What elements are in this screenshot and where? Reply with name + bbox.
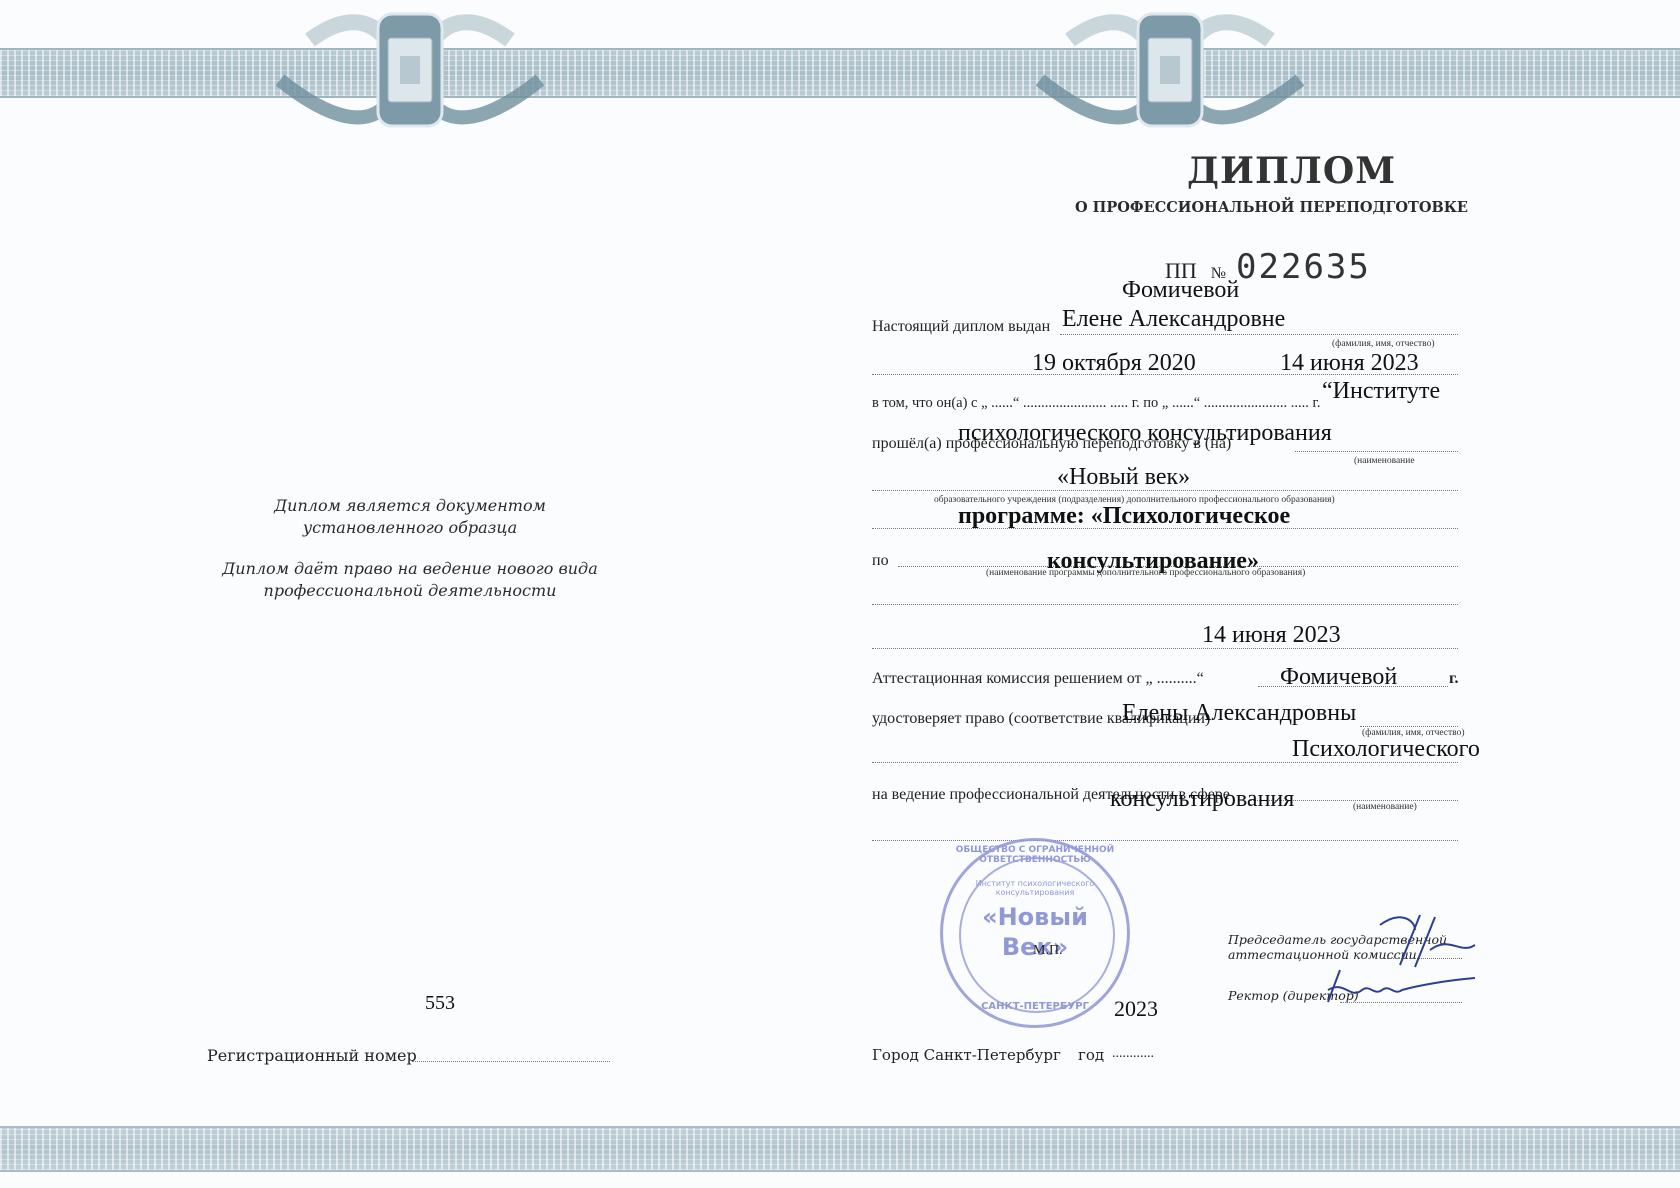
registration-number-label: Регистрационный номер <box>207 1046 417 1065</box>
sphere-caption: (наименование) <box>1353 802 1417 812</box>
city-label: Город Санкт-Петербург <box>872 1046 1061 1064</box>
bottom-ornamental-band <box>840 1126 1680 1172</box>
seal-inner-text: Институт психологического консультирован… <box>943 879 1127 897</box>
rights-note: Диплом даёт право на ведение нового вида… <box>190 558 630 602</box>
sphere-line-2: консультирования <box>1110 786 1294 813</box>
fill-line <box>1360 726 1458 727</box>
year-suffix: г. <box>1449 670 1458 688</box>
seal-place-label: М.П. <box>1033 943 1063 959</box>
fill-line <box>1295 451 1458 452</box>
seal-bottom-text: САНКТ-ПЕТЕРБУРГ <box>943 1001 1127 1012</box>
institution-seal: ОБЩЕСТВО С ОГРАНИЧЕННОЙ ОТВЕТСТВЕННОСТЬЮ… <box>940 838 1130 1028</box>
fill-line <box>872 604 1458 605</box>
institution-line-1: “Институте <box>1322 378 1440 405</box>
fio-caption: (фамилия, имя, отчество) <box>1332 339 1435 349</box>
year-label: год <box>1078 1046 1104 1064</box>
diploma-title: ДИПЛОМ <box>1187 150 1396 192</box>
document-status-note: Диплом является документом установленног… <box>190 495 630 539</box>
issued-label: Настоящий диплом выдан <box>872 318 1050 336</box>
program-line-1: программе: «Психологическое <box>958 503 1290 530</box>
holder-name: Елены Александровны <box>1122 700 1356 727</box>
holder-surname: Фомичевой <box>1280 664 1397 691</box>
note-line: профессиональной деятельности <box>190 580 630 602</box>
diploma-right-page: ДИПЛОМ О ПРОФЕССИОНАЛЬНОЙ ПЕРЕПОДГОТОВКЕ… <box>840 0 1680 1188</box>
diploma-left-page: Диплом является документом установленног… <box>0 0 840 1188</box>
training-start-date: 19 октября 2020 <box>1032 350 1196 377</box>
institution-line-3: «Новый век» <box>1057 464 1190 491</box>
bottom-ornamental-band <box>0 1126 840 1172</box>
fill-line <box>872 648 1458 649</box>
year-dots: ............ <box>1112 1046 1154 1062</box>
ribbon-ornament-icon <box>1030 10 1310 130</box>
rector-signature-icon <box>1310 960 1480 1010</box>
ribbon-ornament-icon <box>270 10 550 130</box>
institution-caption-1: (наименование <box>1354 456 1415 466</box>
sphere-line-1: Психологического <box>1292 736 1480 763</box>
period-line: в том, что он(а) с „ ......“ ...........… <box>872 395 1321 412</box>
fill-line <box>872 840 1458 841</box>
commission-decision-date: 14 июня 2023 <box>1202 622 1341 649</box>
note-line: установленного образца <box>190 517 630 539</box>
diploma-subtitle: О ПРОФЕССИОНАЛЬНОЙ ПЕРЕПОДГОТОВКЕ <box>1075 199 1468 216</box>
note-line: Диплом даёт право на ведение нового вида <box>190 558 630 580</box>
registration-number-value: 553 <box>425 992 455 1015</box>
registration-number-line <box>412 1061 610 1062</box>
commission-label: Аттестационная комиссия решением от „ ..… <box>872 670 1204 688</box>
fill-line <box>1060 334 1458 335</box>
recipient-name: Елене Александровне <box>1062 306 1285 333</box>
recipient-surname: Фомичевой <box>1122 277 1239 304</box>
po-label: по <box>872 552 889 570</box>
program-caption: (наименование программы дополнительного … <box>986 568 1305 578</box>
note-line: Диплом является документом <box>190 495 630 517</box>
seal-outer-text: ОБЩЕСТВО С ОГРАНИЧЕННОЙ ОТВЕТСТВЕННОСТЬЮ <box>943 845 1127 865</box>
diploma-number: 022635 <box>1236 247 1371 287</box>
seal-center-line-1: «Новый <box>943 903 1127 931</box>
institution-line-2: психологического консультирования <box>958 420 1332 447</box>
issue-year: 2023 <box>1114 996 1158 1022</box>
training-end-date: 14 июня 2023 <box>1280 350 1419 377</box>
